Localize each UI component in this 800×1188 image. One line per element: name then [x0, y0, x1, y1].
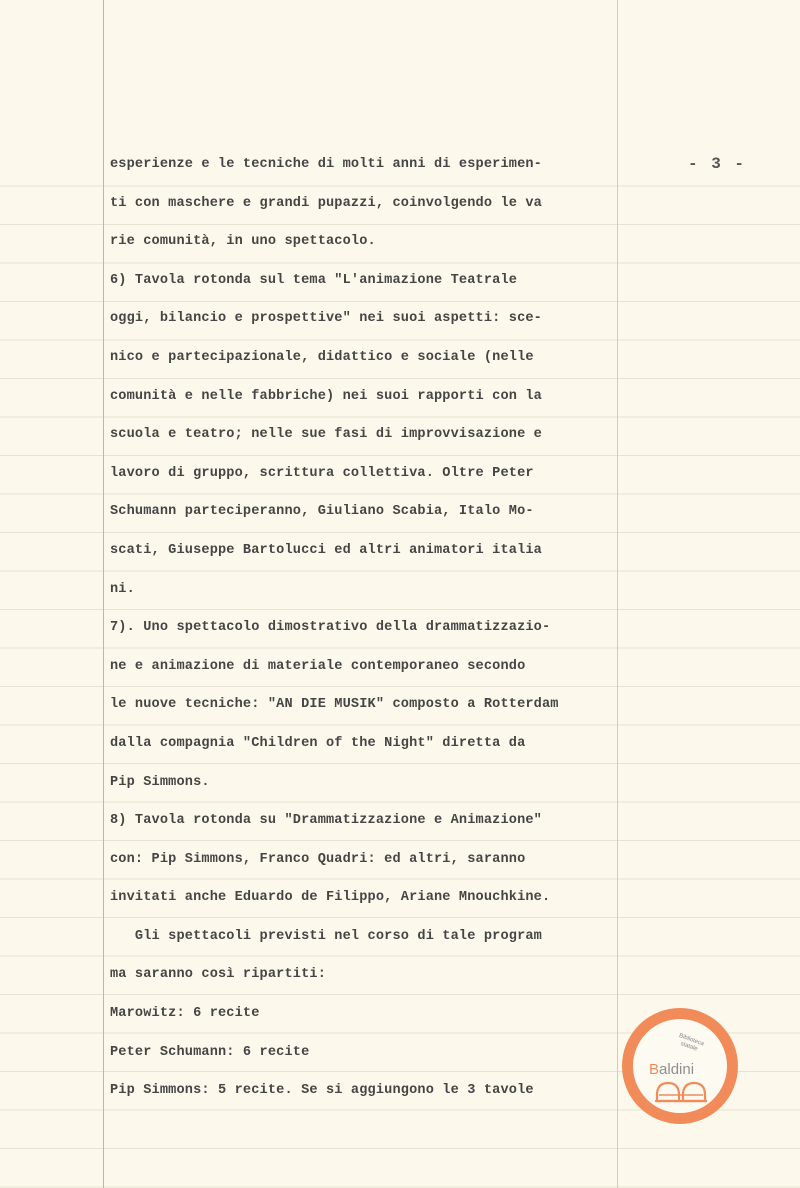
logo-subtitle: Biblioteca statale [675, 1033, 704, 1055]
text-line: 6) Tavola rotonda sul tema "L'animazione… [110, 268, 650, 307]
text-line: scati, Giuseppe Bartolucci ed altri anim… [110, 538, 650, 577]
text-line: 7). Uno spettacolo dimostrativo della dr… [110, 615, 650, 654]
text-line: ne e animazione di materiale contemporan… [110, 654, 650, 693]
text-line: Peter Schumann: 6 recite [110, 1040, 650, 1079]
text-line: Pip Simmons: 5 recite. Se si aggiungono … [110, 1078, 650, 1117]
text-line: le nuove tecniche: "AN DIE MUSIK" compos… [110, 692, 650, 731]
page-top-margin [0, 0, 800, 148]
left-margin-rule [103, 0, 104, 1188]
text-line: ti con maschere e grandi pupazzi, coinvo… [110, 191, 650, 230]
page-number: - 3 - [688, 155, 746, 173]
text-line: Schumann parteciperanno, Giuliano Scabia… [110, 499, 650, 538]
text-line: Marowitz: 6 recite [110, 1001, 650, 1040]
text-line: Pip Simmons. [110, 770, 650, 809]
text-line: dalla compagnia "Children of the Night" … [110, 731, 650, 770]
text-line: ma saranno così ripartiti: [110, 962, 650, 1001]
text-line: ni. [110, 577, 650, 616]
text-line: 8) Tavola rotonda su "Drammatizzazione e… [110, 808, 650, 847]
text-line: comunità e nelle fabbriche) nei suoi rap… [110, 384, 650, 423]
text-line: rie comunità, in uno spettacolo. [110, 229, 650, 268]
open-book-icon [655, 1081, 707, 1103]
text-line: scuola e teatro; nelle sue fasi di impro… [110, 422, 650, 461]
text-line: con: Pip Simmons, Franco Quadri: ed altr… [110, 847, 650, 886]
text-line: Gli spettacoli previsti nel corso di tal… [110, 924, 650, 963]
text-line: invitati anche Eduardo de Filippo, Arian… [110, 885, 650, 924]
text-line: oggi, bilancio e prospettive" nei suoi a… [110, 306, 650, 345]
typewritten-body: esperienze e le tecniche di molti anni d… [110, 152, 650, 1117]
text-line: esperienze e le tecniche di molti anni d… [110, 152, 650, 191]
document-page: - 3 - esperienze e le tecniche di molti … [0, 0, 800, 1188]
library-logo: Biblioteca statale Baldini [622, 1008, 738, 1124]
logo-name: Baldini [649, 1061, 694, 1078]
text-line: nico e partecipazionale, didattico e soc… [110, 345, 650, 384]
text-line: lavoro di gruppo, scrittura collettiva. … [110, 461, 650, 500]
